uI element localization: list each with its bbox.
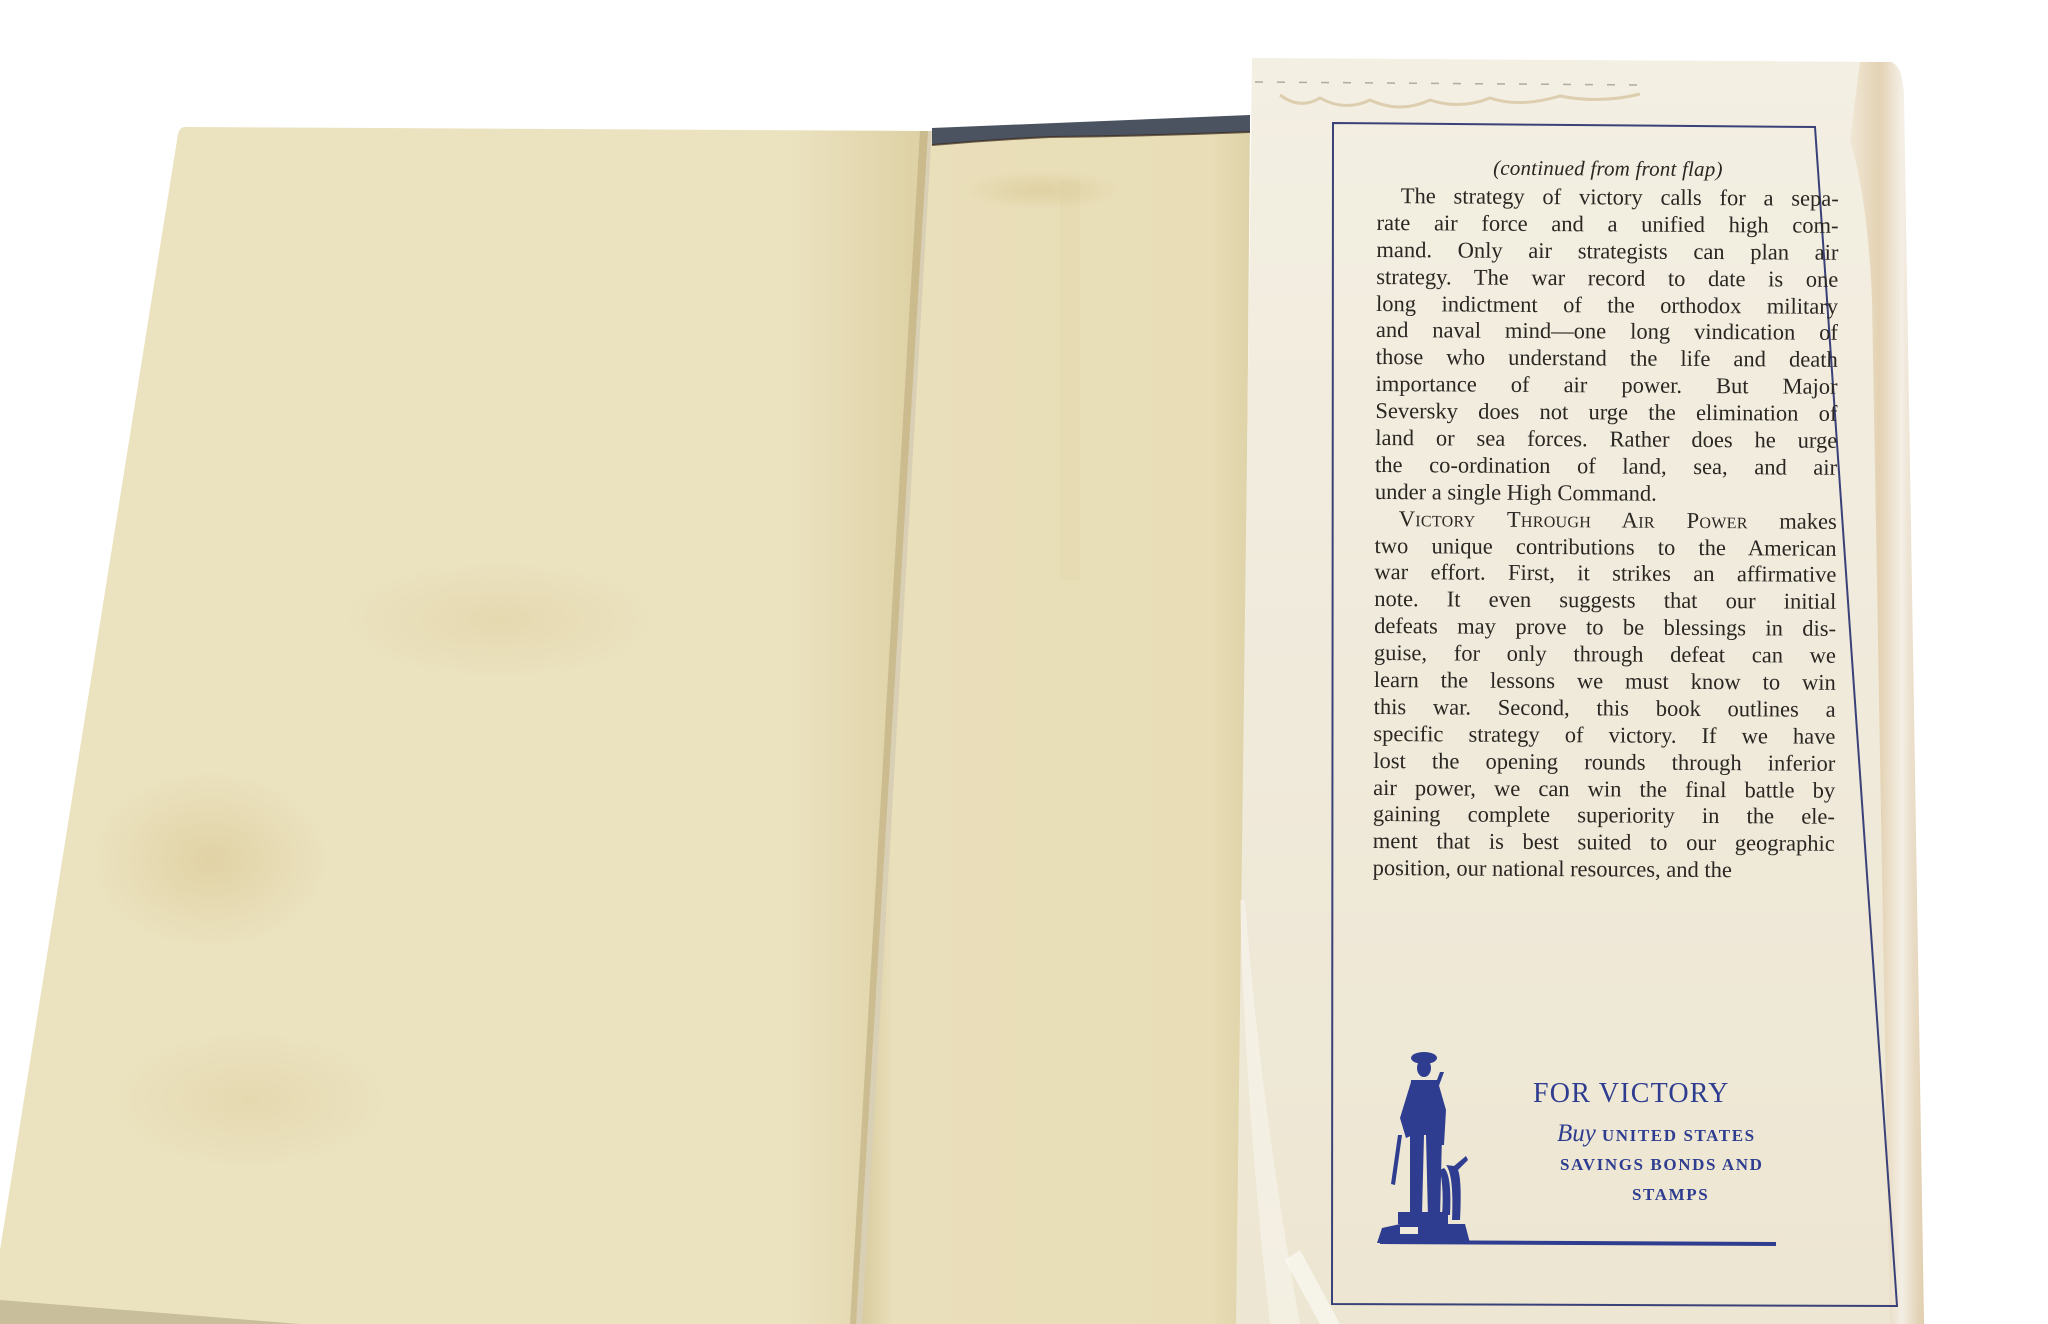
text-line: land or sea forces. Rather does he urge [1375,425,1837,455]
text-line: The strategy of victory calls for a sepa… [1377,183,1839,213]
text-line: lost the opening rounds through inferior [1373,748,1835,778]
text-line: Seversky does not urge the elimination o… [1375,398,1837,428]
text-line: long indictment of the orthodox military [1376,291,1838,321]
book-title-smallcaps: Victory Through Air Power [1399,506,1748,533]
flap-paragraph-2: Victory Through Air Power makes two uniq… [1373,506,1837,885]
flap-heading: (continued from front flap) [1377,153,1839,186]
promo-line-1: BuyUNITED STATES [1557,1120,1756,1148]
flap-text-block: (continued from front flap) The strategy… [1373,153,1839,885]
text-line: importance of air power. But Major [1376,371,1838,401]
text-line: and naval mind—one long vindication of [1376,317,1838,347]
promo-buy: Buy [1557,1120,1596,1147]
text-line: defeats may prove to be blessings in dis… [1374,613,1836,643]
text-line: position, our national resources, and th… [1373,855,1835,885]
text-line: ment that is best suited to our geograph… [1373,828,1835,858]
text-line: under a single High Command. [1375,479,1837,509]
promo-title: FOR VICTORY [1533,1078,1730,1110]
text-line: guise, for only through defeat can we [1374,640,1836,670]
promo-line-2: SAVINGS BONDS AND [1560,1155,1764,1175]
text-line: learn the lessons we must know to win [1374,667,1836,697]
text-line: mand. Only air strategists can plan air [1376,237,1838,267]
text-line: note. It even suggests that our initial [1374,586,1836,616]
text-line: gaining complete superiority in the ele- [1373,801,1835,831]
flap-paragraph-1: The strategy of victory calls for a sepa… [1375,183,1839,509]
text-fragment: makes [1748,508,1837,534]
promo-line-1-text: UNITED STATES [1602,1126,1756,1145]
text-line: specific strategy of victory. If we have [1373,721,1835,751]
text-line: those who understand the life and death [1376,344,1838,374]
text-line: air power, we can win the final battle b… [1373,775,1835,805]
text-line: rate air force and a unified high com- [1376,210,1838,240]
left-endpaper [0,127,928,1324]
text-line: war effort. First, it strikes an affirma… [1374,559,1836,589]
promo-line-3: STAMPS [1632,1185,1709,1205]
text-line: the co-ordination of land, sea, and air [1375,452,1837,482]
text-line: Victory Through Air Power makes [1375,506,1837,536]
text-line: this war. Second, this book outlines a [1374,694,1836,724]
text-line: two unique contributions to the American [1375,533,1837,563]
text-line: strategy. The war record to date is one [1376,264,1838,294]
